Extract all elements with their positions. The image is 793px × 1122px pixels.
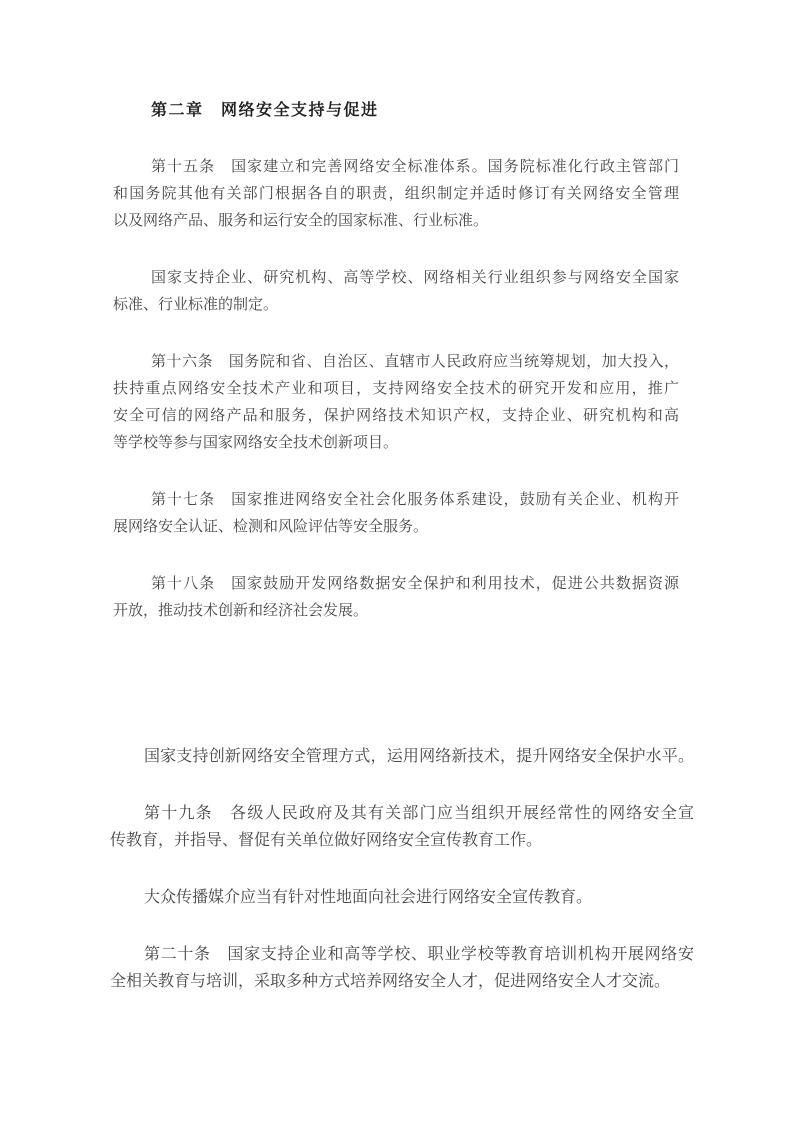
section-lower: 国家支持创新网络安全管理方式，运用网络新技术，提升网络安全保护水平。第十九条 各… (110, 743, 694, 995)
text-line: 第十九条 各级人民政府及其有关部门应当组织开展经常性的网络安全宣 (110, 800, 694, 827)
paragraph: 国家支持创新网络安全管理方式，运用网络新技术，提升网络安全保护水平。 (110, 743, 694, 770)
text-line: 第十七条 国家推进网络安全社会化服务体系建设，鼓励有关企业、机构开 (113, 487, 679, 514)
text-line: 第十五条 国家建立和完善网络安全标准体系。国务院标准化行政主管部门 (113, 154, 679, 181)
text-line: 第十六条 国务院和省、自治区、直辖市人民政府应当统筹规划，加大投入， (113, 349, 679, 376)
chapter-heading: 第二章 网络安全支持与促进 (113, 97, 679, 124)
paragraph: 第十七条 国家推进网络安全社会化服务体系建设，鼓励有关企业、机构开展网络安全认证… (113, 487, 679, 541)
paragraph: 大众传播媒介应当有针对性地面向社会进行网络安全宣传教育。 (110, 884, 694, 911)
text-line: 等学校等参与国家网络安全技术创新项目。 (113, 430, 679, 457)
document-page: 第二章 网络安全支持与促进 第十五条 国家建立和完善网络安全标准体系。国务院标准… (0, 0, 793, 1122)
text-line: 扶持重点网络安全技术产业和项目，支持网络安全技术的研究开发和应用，推广 (113, 376, 679, 403)
text-line: 以及网络产品、服务和运行安全的国家标准、行业标准。 (113, 208, 679, 235)
paragraph: 第十九条 各级人民政府及其有关部门应当组织开展经常性的网络安全宣传教育，并指导、… (110, 800, 694, 854)
text-line: 开放，推动技术创新和经济社会发展。 (113, 598, 679, 625)
text-line: 第二十条 国家支持企业和高等学校、职业学校等教育培训机构开展网络安 (110, 941, 694, 968)
paragraph: 第二十条 国家支持企业和高等学校、职业学校等教育培训机构开展网络安全相关教育与培… (110, 941, 694, 995)
text-line: 国家支持企业、研究机构、高等学校、网络相关行业组织参与网络安全国家 (113, 265, 679, 292)
text-line: 安全可信的网络产品和服务，保护网络技术知识产权，支持企业、研究机构和高 (113, 403, 679, 430)
text-line: 国家支持创新网络安全管理方式，运用网络新技术，提升网络安全保护水平。 (110, 743, 694, 770)
paragraph: 第十五条 国家建立和完善网络安全标准体系。国务院标准化行政主管部门和国务院其他有… (113, 154, 679, 235)
section-upper: 第二章 网络安全支持与促进 第十五条 国家建立和完善网络安全标准体系。国务院标准… (113, 0, 679, 625)
text-line: 和国务院其他有关部门根据各自的职责，组织制定并适时修订有关网络安全管理 (113, 181, 679, 208)
paragraph: 第十八条 国家鼓励开发网络数据安全保护和利用技术，促进公共数据资源开放，推动技术… (113, 571, 679, 625)
text-line: 展网络安全认证、检测和风险评估等安全服务。 (113, 514, 679, 541)
text-line: 第十八条 国家鼓励开发网络数据安全保护和利用技术，促进公共数据资源 (113, 571, 679, 598)
text-line: 大众传播媒介应当有针对性地面向社会进行网络安全宣传教育。 (110, 884, 694, 911)
text-line: 全相关教育与培训，采取多种方式培养网络安全人才，促进网络安全人才交流。 (110, 968, 694, 995)
paragraph: 第十六条 国务院和省、自治区、直辖市人民政府应当统筹规划，加大投入，扶持重点网络… (113, 349, 679, 457)
text-line: 标准、行业标准的制定。 (113, 292, 679, 319)
text-line: 传教育，并指导、督促有关单位做好网络安全宣传教育工作。 (110, 827, 694, 854)
paragraph: 国家支持企业、研究机构、高等学校、网络相关行业组织参与网络安全国家标准、行业标准… (113, 265, 679, 319)
